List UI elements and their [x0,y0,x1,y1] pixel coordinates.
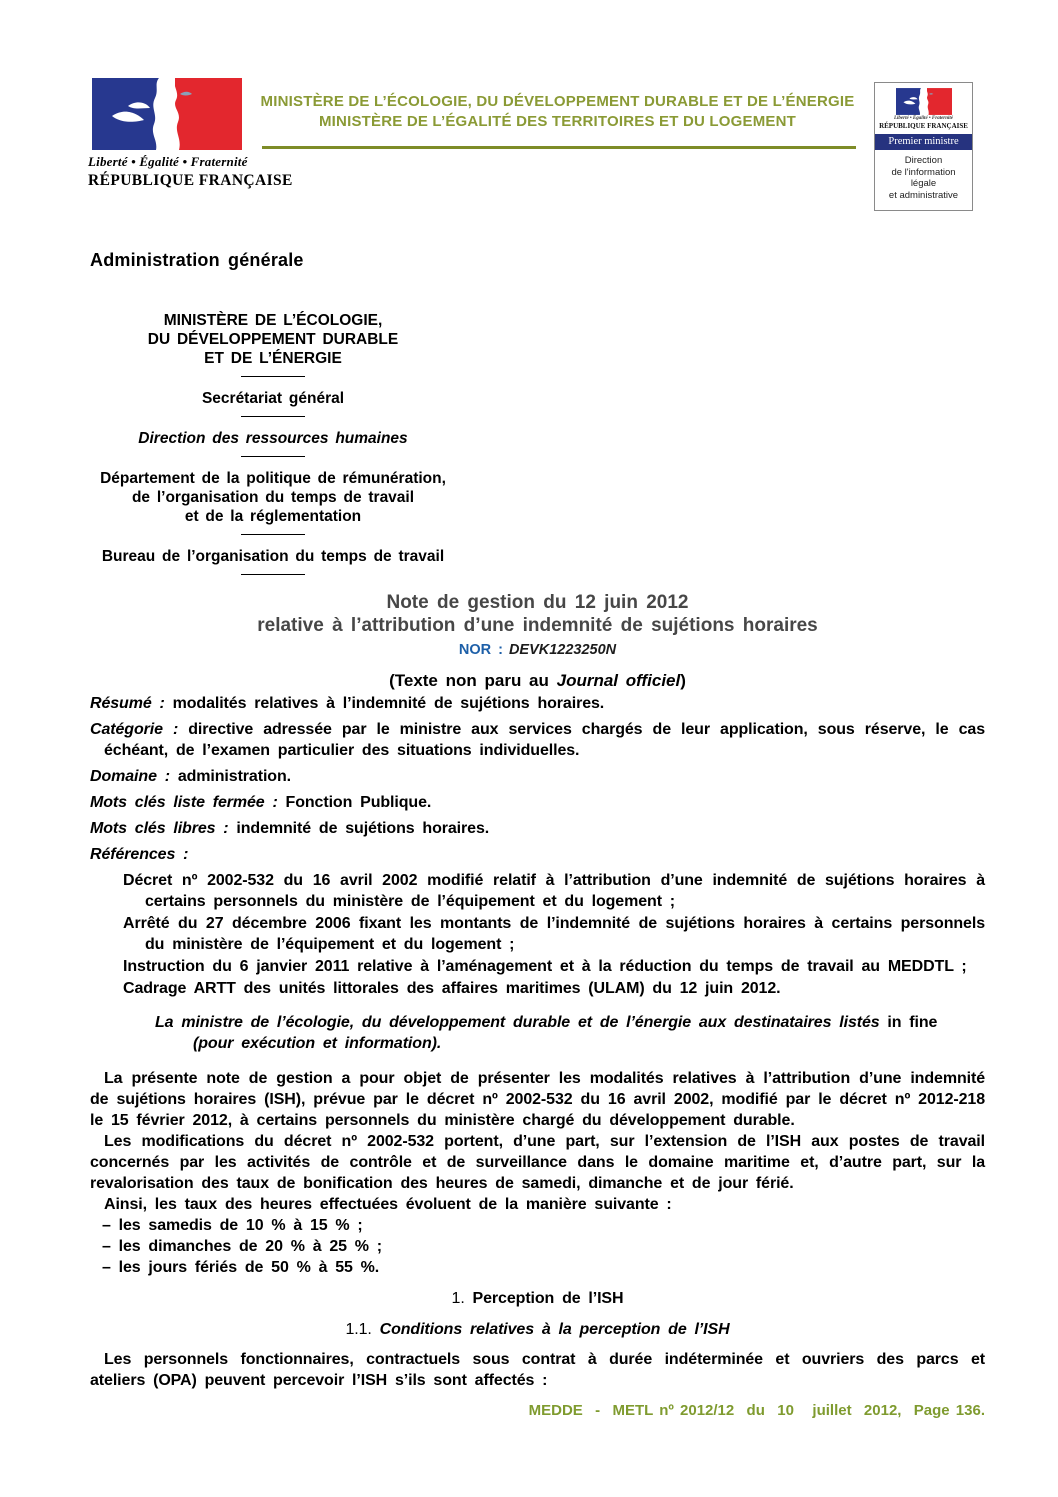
org-secretariat: Secrétariat général [87,389,459,408]
addressee-line: La ministre de l’écologie, du développem… [90,1012,985,1054]
ministry-header: MINISTÈRE DE L’ÉCOLOGIE, DU DÉVELOPPEMEN… [250,92,865,132]
journal-note-prefix: (Texte non paru au [389,671,557,690]
french-flag-icon [88,78,246,150]
meta-domaine: Domaine : administration. [90,766,985,787]
org-ministry: MINISTÈRE DE L’ÉCOLOGIE, DU DÉVELOPPEMEN… [87,311,459,368]
addressee-italic1: La ministre de l’écologie, du développem… [155,1014,887,1031]
org-hierarchy: MINISTÈRE DE L’ÉCOLOGIE, DU DÉVELOPPEMEN… [87,311,459,575]
dila-motto: Liberté • Égalité • Fraternité [875,116,972,121]
org-bureau: Bureau de l’organisation du temps de tra… [87,547,459,566]
meta-resume-text: modalités relatives à l’indemnité de suj… [173,695,605,712]
title-line2: relative à l’attribution d’une indemnité… [90,614,985,637]
nor-label: NOR : [459,642,503,658]
org-divider [241,534,305,535]
section-rubric: Administration générale [90,250,985,271]
document-title: Note de gestion du 12 juin 2012 relative… [90,591,985,691]
meta-categorie-label: Catégorie : [90,721,178,738]
section-heading-1-1: 1.1. Conditions relatives à la perceptio… [90,1319,985,1340]
org-divider [241,574,305,575]
body-paragraph: Les personnels fonctionnaires, contractu… [90,1349,985,1391]
addressee-in-fine: in fine [887,1014,937,1031]
republic-name: RÉPUBLIQUE FRANÇAISE [88,172,246,190]
nor-value: DEVK1223250N [509,642,616,658]
bullet-item: – les jours fériés de 50 % à 55 %. [102,1257,985,1278]
section-heading-1-text: Perception de l’ISH [473,1290,624,1307]
meta-categorie: Catégorie : directive adressée par le mi… [90,719,985,761]
org-departement: Département de la politique de rémunérat… [87,469,459,526]
addressee-italic2: (pour exécution et information). [193,1035,441,1052]
title-line1: Note de gestion du 12 juin 2012 [90,591,985,614]
premier-ministre-box: Liberté • Égalité • Fraternité RÉPUBLIQU… [874,82,973,211]
meta-mots-libres-label: Mots clés libres : [90,820,229,837]
meta-mots-fermee-label: Mots clés liste fermée : [90,794,278,811]
body-paragraph: Ainsi, les taux des heures effectuées év… [90,1194,985,1215]
meta-references: Références : [90,844,985,865]
ministry-title-line2: MINISTÈRE DE L’ÉGALITÉ DES TERRITOIRES E… [250,112,865,132]
meta-mots-libres: Mots clés libres : indemnité de sujétion… [90,818,985,839]
org-divider [241,416,305,417]
journal-note: (Texte non paru au Journal officiel) [90,671,985,691]
header-divider [262,146,856,149]
section-heading-1-1-text: Conditions relatives à la perception de … [380,1321,730,1338]
body-paragraph: Les modifications du décret nº 2002-532 … [90,1131,985,1194]
reference-item: Instruction du 6 janvier 2011 relative à… [90,956,985,977]
document-page: Liberté • Égalité • Fraternité RÉPUBLIQU… [0,0,1058,1497]
dila-republic-name: RÉPUBLIQUE FRANÇAISE [875,122,972,130]
journal-note-journal: Journal officiel [557,671,681,690]
section-heading-1: 1. Perception de l’ISH [90,1288,985,1309]
meta-mots-fermee: Mots clés liste fermée : Fonction Publiq… [90,792,985,813]
motto-text: Liberté • Égalité • Fraternité [88,154,246,170]
nor-line: NOR :DEVK1223250N [90,642,985,658]
meta-mots-fermee-text: Fonction Publique. [286,794,432,811]
org-divider [241,376,305,377]
section-heading-1-number: 1. [452,1290,465,1307]
meta-resume: Résumé : modalités relatives à l’indemni… [90,693,985,714]
meta-mots-libres-text: indemnité de sujétions horaires. [236,820,489,837]
journal-note-suffix: ) [680,671,686,690]
section-heading-1-1-number: 1.1. [345,1321,371,1338]
reference-item: Décret nº 2002-532 du 16 avril 2002 modi… [90,870,985,912]
org-divider [241,456,305,457]
premier-ministre-bar: Premier ministre [875,134,972,150]
dila-direction-label: Direction de l'information légale et adm… [875,155,972,201]
bullet-item: – les samedis de 10 % à 15 % ; [102,1215,985,1236]
reference-item: Cadrage ARTT des unités littorales des a… [90,978,985,999]
document-head: Administration générale MINISTÈRE DE L’É… [90,250,985,691]
meta-domaine-text: administration. [178,768,291,785]
meta-references-label: Références : [90,846,188,863]
document-body: Résumé : modalités relatives à l’indemni… [90,693,985,1391]
republique-francaise-logo: Liberté • Égalité • Fraternité RÉPUBLIQU… [88,78,246,190]
org-direction: Direction des ressources humaines [87,429,459,448]
ministry-title-line1: MINISTÈRE DE L’ÉCOLOGIE, DU DÉVELOPPEMEN… [250,92,865,112]
dila-flag-icon [896,88,952,115]
reference-item: Arrêté du 27 décembre 2006 fixant les mo… [90,913,985,955]
body-paragraph: La présente note de gestion a pour objet… [90,1068,985,1131]
page-footer: MEDDE - METL nº 2012/12 du 10 juillet 20… [529,1402,985,1419]
meta-domaine-label: Domaine : [90,768,170,785]
meta-resume-label: Résumé : [90,695,165,712]
meta-categorie-text: directive adressée par le ministre aux s… [104,721,985,759]
bullet-item: – les dimanches de 20 % à 25 % ; [102,1236,985,1257]
